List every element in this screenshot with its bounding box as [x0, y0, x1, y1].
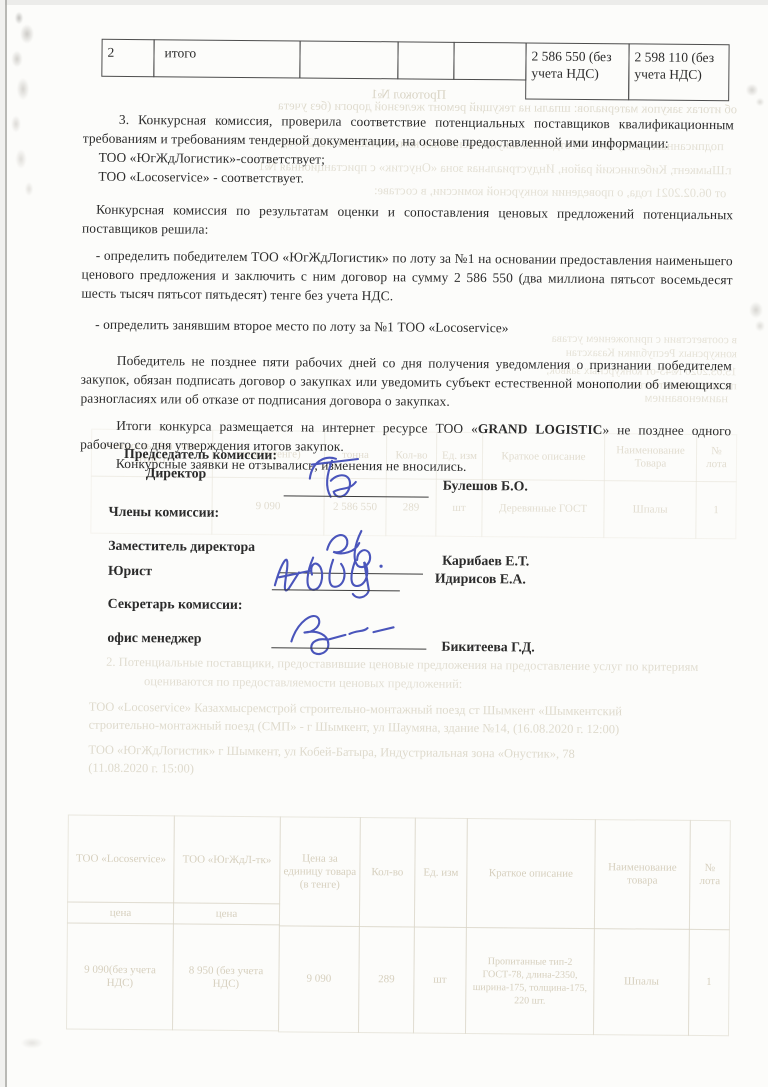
table-cell-rownum: 2 [101, 39, 154, 77]
ghost-cell: цена [173, 902, 280, 925]
paragraph-3: 3. Конкурсная комиссия, проверила соотве… [83, 110, 734, 154]
member2-role: Юрист [108, 563, 152, 579]
ghost-cell: ТОО «Locoservice» [67, 814, 175, 903]
table-cell-empty [299, 40, 398, 79]
ghost-cell: Пропитанные тип-2 ГОСТ-78, длина-2350, ш… [465, 927, 595, 1035]
ghost-cell: Кол-во [359, 817, 416, 927]
ghost-cell: Наименование товара [594, 819, 691, 930]
secretary-name: Бикитеева Г.Д. [441, 639, 535, 656]
ghost-text: 2. Потенциальные поставщики, предоставив… [106, 655, 721, 675]
signature-chair-ink [296, 444, 387, 510]
company-name-bold: GRAND LOGISTIC [478, 421, 603, 437]
bleedthrough-table-bottom: № лота 1 Наименование товара Шпалы Кратк… [66, 815, 730, 1036]
ghost-cell: Цена за единицу товара (в тенге) [279, 816, 361, 927]
document-body-text: 3. Конкурсная комиссия, проверила соотве… [80, 110, 734, 479]
ghost-cell: цена [67, 901, 174, 924]
ghost-cell: Шпалы [593, 928, 690, 1036]
table-cell-total-label: итого [153, 39, 300, 78]
ghost-cell: 289 [358, 926, 415, 1033]
ghost-cell: Шпалы [603, 480, 697, 539]
ghost-cell: 1 [695, 481, 737, 539]
paragraph-obligations: Победитель не позднее пяти рабочих дней … [80, 351, 731, 414]
table-cell-sum-1: 2 586 550 (без учета НДС) [525, 42, 629, 100]
ghost-cell: № лота [689, 820, 731, 930]
ghost-cell: 8 950 (без учета НДС) [172, 923, 280, 1031]
table-cell-empty [453, 42, 526, 81]
ghost-cell: Ед. изм [414, 818, 468, 928]
table-cell-sum-2: 2 598 110 (без учета НДС) [628, 43, 729, 101]
ghost-cell: 9 090 [278, 925, 360, 1033]
paragraph-decision-intro: Конкурсная комиссия по результатам оценк… [82, 200, 733, 244]
ghost-cell: шт [413, 927, 467, 1034]
member1-name: Карибаев Е.Т. [442, 553, 529, 570]
ghost-cell: 1 [688, 929, 730, 1036]
paragraph-winner: - определить победителем ТОО «ЮгЖдЛогист… [81, 246, 732, 309]
members-header: Члены комиссии: [108, 504, 219, 521]
ghost-cell: ТОО «ЮгЖдЛ-тк» [173, 815, 281, 904]
summary-table: 2 итого 2 586 550 (без учета НДС) 2 598 … [102, 39, 729, 101]
paragraph-second-place: - определить занявшим второе место по ло… [81, 315, 732, 340]
member2-name: Идирисов Е.А. [435, 571, 526, 588]
ghost-text: оцениваются по предоставляемости ценовых… [144, 674, 462, 692]
ghost-text: (11.08.2020 г. 15:00) [88, 761, 194, 777]
chair-role: Директор [146, 465, 206, 482]
publication-text-before: Итоги конкурса размещается на интернет р… [116, 418, 478, 436]
scanned-document-page: Протокол №1 об итогах закупок материалов… [0, 0, 768, 1087]
signature-secretary-ink [279, 601, 410, 667]
ghost-cell: Краткое описание [466, 818, 596, 929]
document-content: Протокол №1 об итогах закупок материалов… [0, 0, 768, 1087]
secretary-header: Секретарь комиссии: [108, 596, 243, 613]
ghost-cell: 9 090(без учета НДС) [66, 922, 174, 1030]
chair-name: Булешов Б.О. [443, 478, 528, 495]
ghost-text: ТОО «ЮгЖдЛогистик» г Шымкент, ул Кобей-Б… [88, 743, 733, 764]
secretary-role: офис менеджер [107, 630, 201, 647]
table-cell-empty [397, 41, 454, 79]
ghost-text: строительно-монтажный поезд (СМП» - г Шы… [89, 718, 734, 739]
chair-header: Председатель комиссии: [124, 446, 277, 463]
ghost-text: ТОО «Locoservice» Казахмысремстрой строи… [89, 700, 734, 721]
member1-role: Заместитель директора [108, 538, 255, 555]
signature-member2-ink [267, 539, 418, 610]
